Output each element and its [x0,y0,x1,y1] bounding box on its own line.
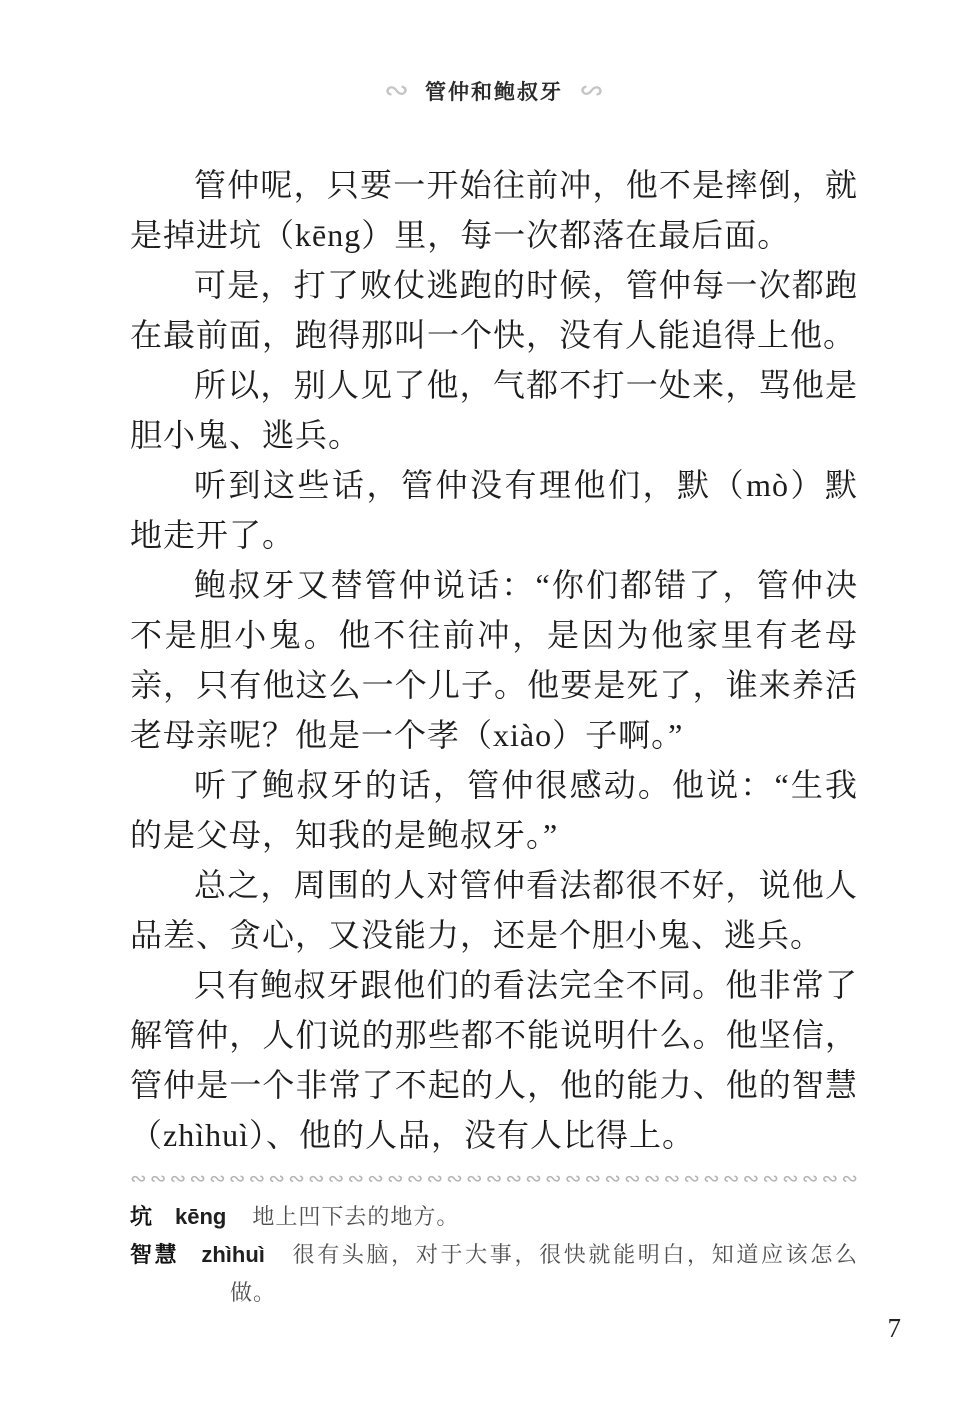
story-paragraph: 总之，周围的人对管仲看法都很不好，说他人品差、贪心，又没能力，还是个胆小鬼、逃兵… [130,860,858,960]
divider-flourish-icon: ∾∾∾∾∾∾∾∾∾∾∾∾∾∾∾∾∾∾∾∾∾∾∾∾∾∾∾∾∾∾∾∾∾∾∾∾∾∾∾∾ [130,1166,858,1190]
glossary-entry: 智慧zhìhuì很有头脑，对于大事，很快就能明白，知道应该怎么做。 [130,1236,858,1312]
story-text: 管仲呢，只要一开始往前冲，他不是摔倒，就是掉进坑（kēng）里，每一次都落在最后… [130,160,858,1160]
book-page: ∾ 管仲和鲍叔牙 ∾ 管仲呢，只要一开始往前冲，他不是摔倒，就是掉进坑（kēng… [0,0,963,1401]
flourish-right-icon: ∾ [579,76,604,106]
glossary-term: 坑 [130,1204,153,1229]
story-paragraph: 所以，别人见了他，气都不打一处来，骂他是胆小鬼、逃兵。 [130,360,858,460]
page-header: ∾ 管仲和鲍叔牙 ∾ [130,72,858,110]
chapter-title: 管仲和鲍叔牙 [425,76,563,106]
story-paragraph: 鲍叔牙又替管仲说话：“你们都错了，管仲决不是胆小鬼。他不往前冲，是因为他家里有老… [130,560,858,760]
page-number: 7 [888,1313,902,1344]
story-paragraph: 只有鲍叔牙跟他们的看法完全不同。他非常了解管仲，人们说的那些都不能说明什么。他坚… [130,960,858,1160]
story-paragraph: 管仲呢，只要一开始往前冲，他不是摔倒，就是掉进坑（kēng）里，每一次都落在最后… [130,160,858,260]
glossary-entry: 坑kēng地上凹下去的地方。 [130,1198,858,1236]
flourish-left-icon: ∾ [384,76,409,106]
story-paragraph: 听了鲍叔牙的话，管仲很感动。他说：“生我的是父母，知我的是鲍叔牙。” [130,760,858,860]
glossary-pinyin: kēng [175,1204,226,1229]
glossary-definition: 很有头脑，对于大事，很快就能明白，知道应该怎么做。 [230,1242,858,1305]
glossary-term: 智慧 [130,1242,179,1267]
glossary-definition: 地上凹下去的地方。 [252,1204,459,1229]
story-paragraph: 可是，打了败仗逃跑的时候，管仲每一次都跑在最前面，跑得那叫一个快，没有人能追得上… [130,260,858,360]
glossary: 坑kēng地上凹下去的地方。 智慧zhìhuì很有头脑，对于大事，很快就能明白，… [130,1198,858,1312]
story-paragraph: 听到这些话，管仲没有理他们，默（mò）默地走开了。 [130,460,858,560]
glossary-pinyin: zhìhuì [201,1242,265,1267]
